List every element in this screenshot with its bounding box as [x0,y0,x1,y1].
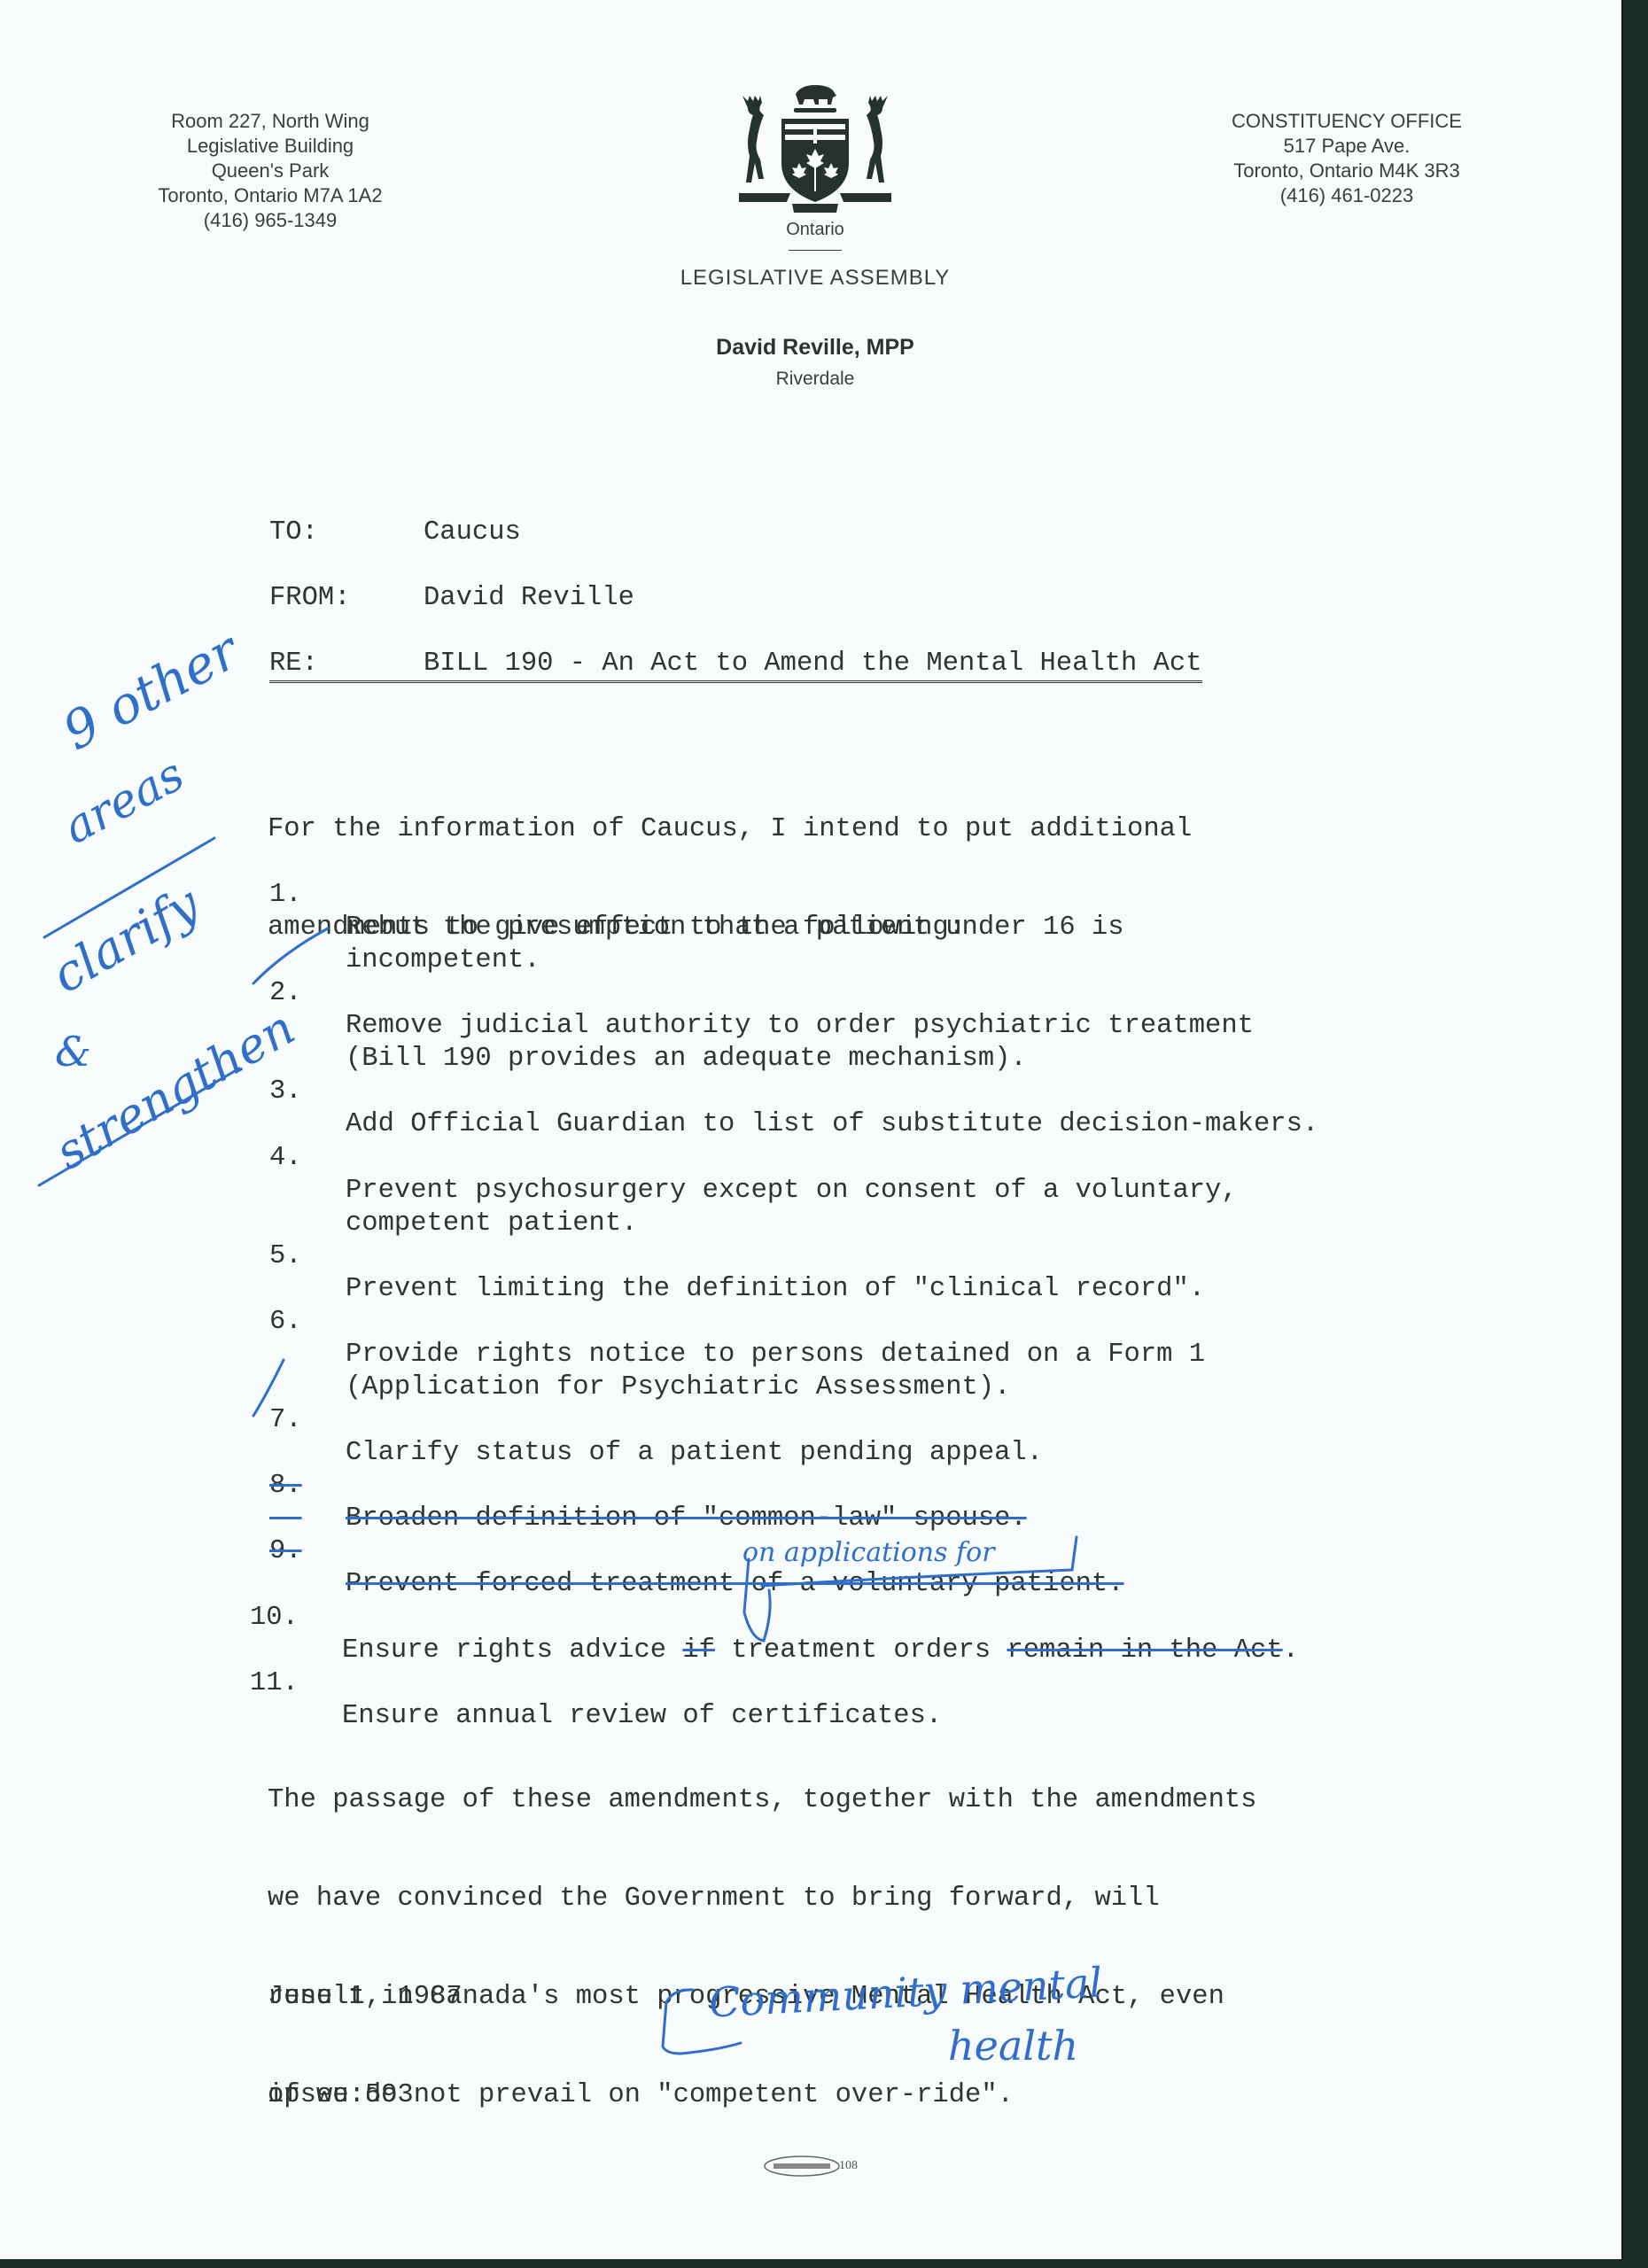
scan-edge-right [1621,0,1648,2268]
address-line: (416) 461-0223 [1187,183,1506,208]
closing-line: we have convinced the Government to brin… [268,1883,1256,1915]
memo-to-row: TO:Caucus [269,517,521,548]
address-line: CONSTITUENCY OFFICE [1187,109,1506,134]
legislative-address: Room 227, North Wing Legislative Buildin… [124,109,416,233]
ontario-coat-of-arms-icon [735,78,895,220]
item-text: Broaden definition of "common-law" spous… [346,1503,1027,1535]
re-value: BILL 190 - An Act to Amend the Mental He… [424,649,1202,679]
margin-note-line: areas [55,748,193,855]
re-label: RE: [269,649,424,679]
address-line: Room 227, North Wing [124,109,416,134]
memo-reference: opseu:593 [268,2079,463,2112]
item-text: Clarify status of a patient pending appe… [346,1437,1043,1470]
item-number: 1. [269,879,302,912]
memo-re-row: RE:BILL 190 - An Act to Amend the Mental… [269,649,1202,683]
deleted-word: if [682,1635,715,1666]
margin-note-line: 9 other [53,620,248,762]
crest-caption: Ontario [727,220,904,240]
item-text: Prevent limiting the definition of "clin… [346,1273,1205,1306]
union-bug-number: 108 [839,2159,858,2173]
margin-note-line: & [55,1028,91,1076]
crest-divider [789,250,842,251]
item-text: Prevent psychosurgery except on consent … [346,1175,1238,1240]
intro-line: For the information of Caucus, I intend … [268,813,1192,846]
item-number: 7. [269,1404,302,1437]
amendment-item-4: 4. Prevent psychosurgery except on conse… [269,1109,302,1208]
handwritten-insertion: on applications for [742,1537,995,1568]
to-value: Caucus [424,517,521,548]
item-number: 5. [269,1240,302,1273]
address-line: Toronto, Ontario M4K 3R3 [1187,159,1506,183]
item-number: 11. [250,1667,299,1700]
item-text: Provide rights notice to persons detaine… [346,1339,1205,1404]
item-text: Ensure rights advice if treatment orders… [342,1635,1299,1667]
item-text: Rebut the presumption that a patient und… [346,912,1124,977]
assembly-heading: LEGISLATIVE ASSEMBLY [620,266,1010,291]
item-number: 10. [250,1602,299,1635]
margin-note-line: clarify [43,875,209,1005]
from-label: FROM: [269,583,424,613]
item-number: 3. [269,1076,302,1108]
riding-name: Riverdale [620,369,1010,390]
item-text: Add Official Guardian to list of substit… [346,1108,1318,1141]
item-number: 6. [269,1306,302,1339]
memo-from-row: FROM:David Reville [269,583,634,613]
item-number: 8. [269,1470,302,1503]
from-value: David Reville [424,583,634,613]
amendment-item-6: 6. Provide rights notice to persons deta… [269,1273,302,1371]
member-name: David Reville, MPP [620,335,1010,361]
to-label: TO: [269,517,424,548]
constituency-address: CONSTITUENCY OFFICE 517 Pape Ave. Toront… [1187,109,1506,208]
address-line: Queen's Park [124,159,416,183]
item-text: Prevent forced treatment of a voluntary … [346,1568,1124,1601]
item-number: 4. [269,1142,302,1175]
item-text: Remove judicial authority to order psych… [346,1010,1254,1076]
footer-note-line: health [948,2022,1078,2070]
memo-footer: June 1, 1987 opseu:593 [268,1915,463,2145]
scan-edge-bottom [0,2259,1648,2268]
amendment-item-1: 1. Rebut the presumption that a patient … [269,846,302,944]
address-line: (416) 965-1349 [124,208,416,233]
memo-date: June 1, 1987 [268,1981,463,2014]
margin-note-line: strengthen [46,999,304,1180]
closing-line: The passage of these amendments, togethe… [268,1784,1256,1817]
address-line: Toronto, Ontario M7A 1A2 [124,183,416,208]
address-line: 517 Pape Ave. [1187,134,1506,159]
address-line: Legislative Building [124,134,416,159]
deleted-phrase: remain in the Act [1007,1635,1282,1666]
item-number: 9. [269,1535,302,1568]
